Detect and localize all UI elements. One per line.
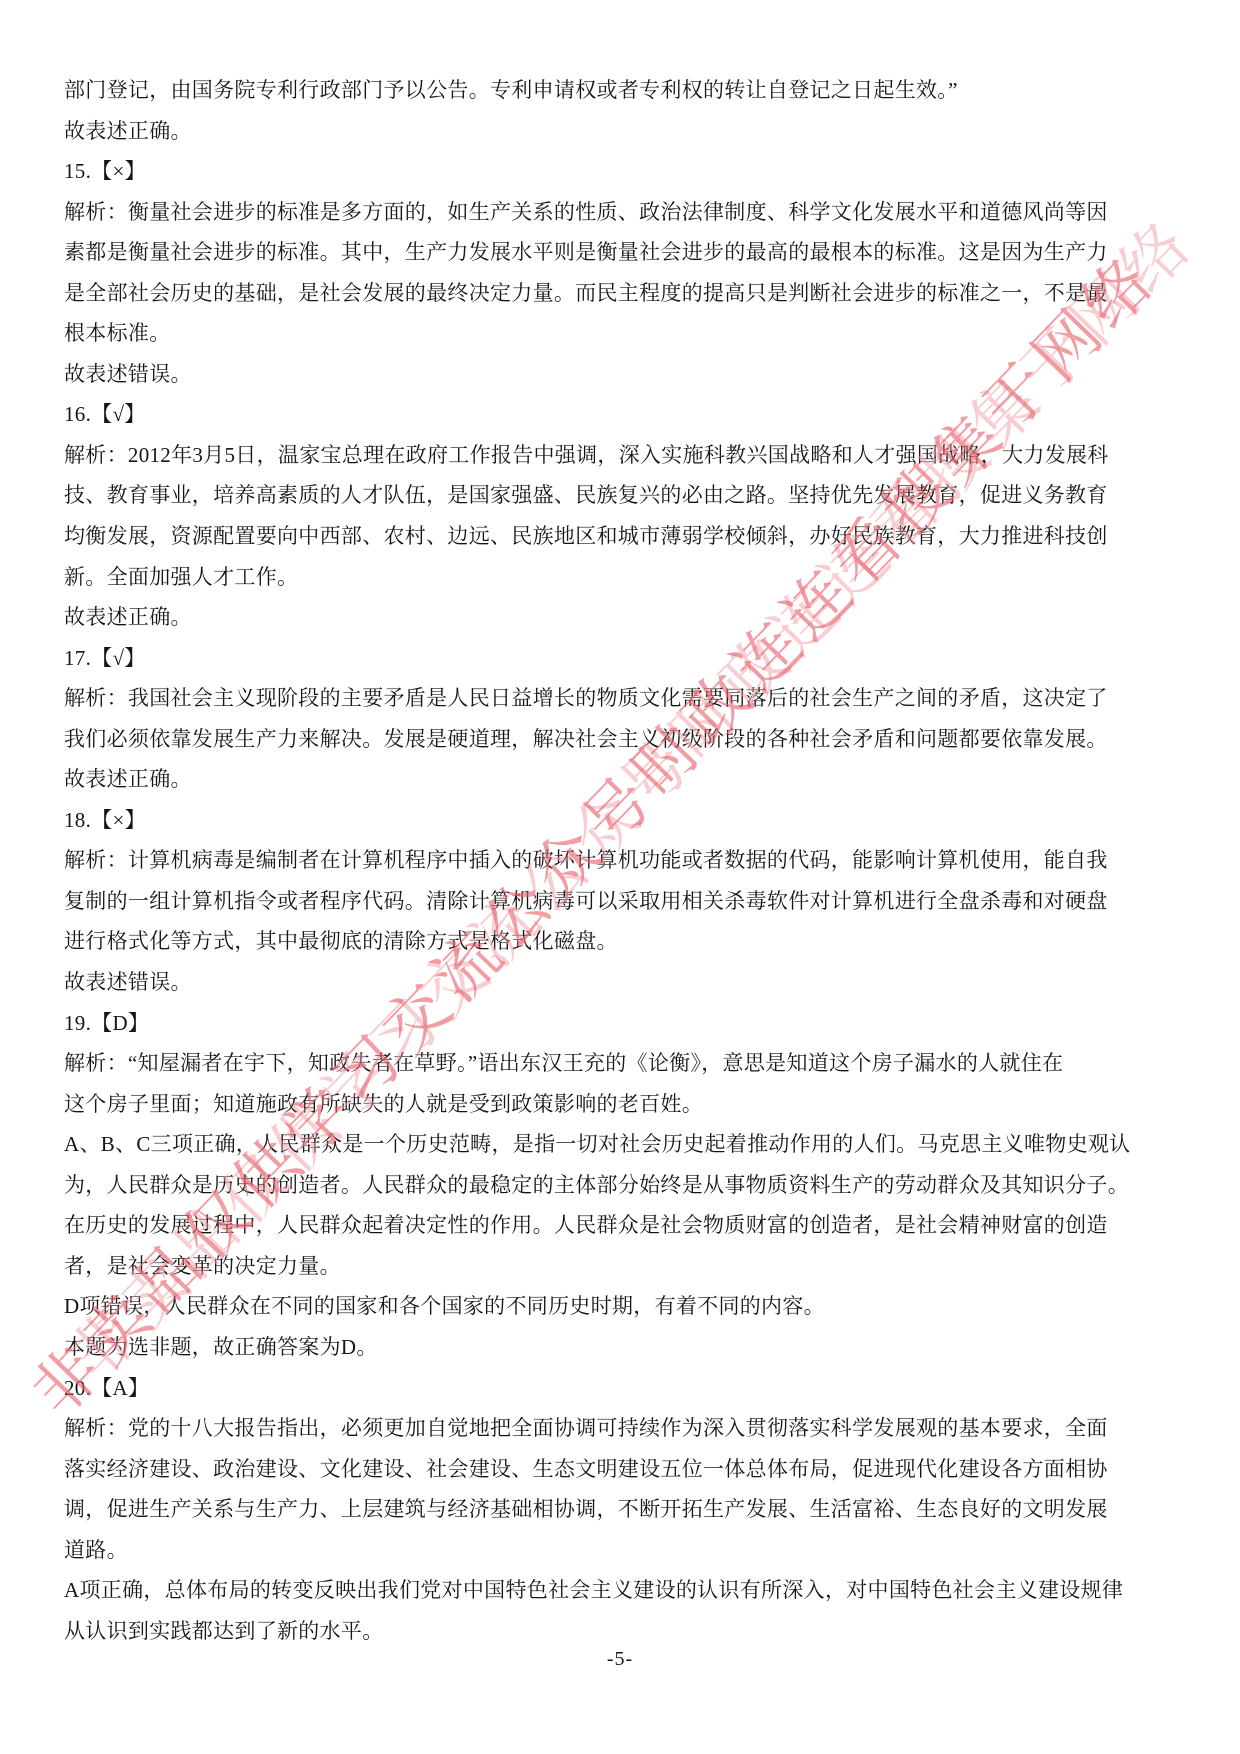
document-text: 部门登记，由国务院专利行政部门予以公告。专利申请权或者专利权的转让自登记之日起生… (64, 70, 1190, 1651)
text-line: 15.【×】 (64, 151, 1190, 192)
text-line: 这个房子里面；知道施政有所缺失的人就是受到政策影响的老百姓。 (64, 1084, 1190, 1125)
text-line: 解析：我国社会主义现阶段的主要矛盾是人民日益增长的物质文化需要同落后的社会生产之… (64, 678, 1190, 719)
text-line: 从认识到实践都达到了新的水平。 (64, 1611, 1190, 1652)
text-line: 我们必须依靠发展生产力来解决。发展是硬道理，解决社会主义初级阶段的各种社会矛盾和… (64, 719, 1190, 760)
text-line: 17.【√】 (64, 638, 1190, 679)
text-line: 解析：计算机病毒是编制者在计算机程序中插入的破坏计算机功能或者数据的代码，能影响… (64, 840, 1190, 881)
text-line: 者，是社会变革的决定力量。 (64, 1246, 1190, 1287)
text-line: 解析：2012年3月5日，温家宝总理在政府工作报告中强调，深入实施科教兴国战略和… (64, 435, 1190, 476)
text-line: 复制的一组计算机指令或者程序代码。清除计算机病毒可以采取用相关杀毒软件对计算机进… (64, 881, 1190, 922)
text-line: 故表述错误。 (64, 354, 1190, 395)
text-line: 新。全面加强人才工作。 (64, 557, 1190, 598)
text-line: 道路。 (64, 1530, 1190, 1571)
text-line: A项正确，总体布局的转变反映出我们党对中国特色社会主义建设的认识有所深入，对中国… (64, 1570, 1190, 1611)
text-line: 故表述正确。 (64, 759, 1190, 800)
text-line: 均衡发展，资源配置要向中西部、农村、边远、民族地区和城市薄弱学校倾斜，办好民族教… (64, 516, 1190, 557)
text-line: 技、教育事业，培养高素质的人才队伍，是国家强盛、民族复兴的必由之路。坚持优先发展… (64, 475, 1190, 516)
page-number: -5- (0, 1648, 1240, 1671)
text-line: 解析：党的十八大报告指出，必须更加自觉地把全面协调可持续作为深入贯彻落实科学发展… (64, 1408, 1190, 1449)
text-line: 为，人民群众是历史的创造者。人民群众的最稳定的主体部分始终是从事物质资料生产的劳… (64, 1165, 1190, 1206)
text-line: 根本标准。 (64, 313, 1190, 354)
text-line: 19.【D】 (64, 1003, 1190, 1044)
text-line: 是全部社会历史的基础，是社会发展的最终决定力量。而民主程度的提高只是判断社会进步… (64, 273, 1190, 314)
text-line: 本题为选非题，故正确答案为D。 (64, 1327, 1190, 1368)
text-line: 20.【A】 (64, 1368, 1190, 1409)
text-line: 故表述正确。 (64, 111, 1190, 152)
text-line: 故表述错误。 (64, 962, 1190, 1003)
text-line: 落实经济建设、政治建设、文化建设、社会建设、生态文明建设五位一体总体布局，促进现… (64, 1449, 1190, 1490)
text-line: 16.【√】 (64, 394, 1190, 435)
document-page: 部门登记，由国务院专利行政部门予以公告。专利申请权或者专利权的转让自登记之日起生… (0, 0, 1240, 1754)
text-line: 调，促进生产关系与生产力、上层建筑与经济基础相协调，不断开拓生产发展、生活富裕、… (64, 1489, 1190, 1530)
text-line: D项错误，人民群众在不同的国家和各个国家的不同历史时期，有着不同的内容。 (64, 1286, 1190, 1327)
text-line: A、B、C三项正确，人民群众是一个历史范畴，是指一切对社会历史起着推动作用的人们… (64, 1124, 1190, 1165)
text-line: 素都是衡量社会进步的标准。其中，生产力发展水平则是衡量社会进步的最高的最根本的标… (64, 232, 1190, 273)
text-line: 故表述正确。 (64, 597, 1190, 638)
text-line: 18.【×】 (64, 800, 1190, 841)
text-line: 在历史的发展过程中，人民群众起着决定性的作用。人民群众是社会物质财富的创造者，是… (64, 1205, 1190, 1246)
text-line: 部门登记，由国务院专利行政部门予以公告。专利申请权或者专利权的转让自登记之日起生… (64, 70, 1190, 111)
text-line: 解析：“知屋漏者在宇下，知政失者在草野。”语出东汉王充的《论衡》，意思是知道这个… (64, 1043, 1190, 1084)
text-line: 进行格式化等方式，其中最彻底的清除方式是格式化磁盘。 (64, 921, 1190, 962)
text-line: 解析：衡量社会进步的标准是多方面的，如生产关系的性质、政治法律制度、科学文化发展… (64, 192, 1190, 233)
